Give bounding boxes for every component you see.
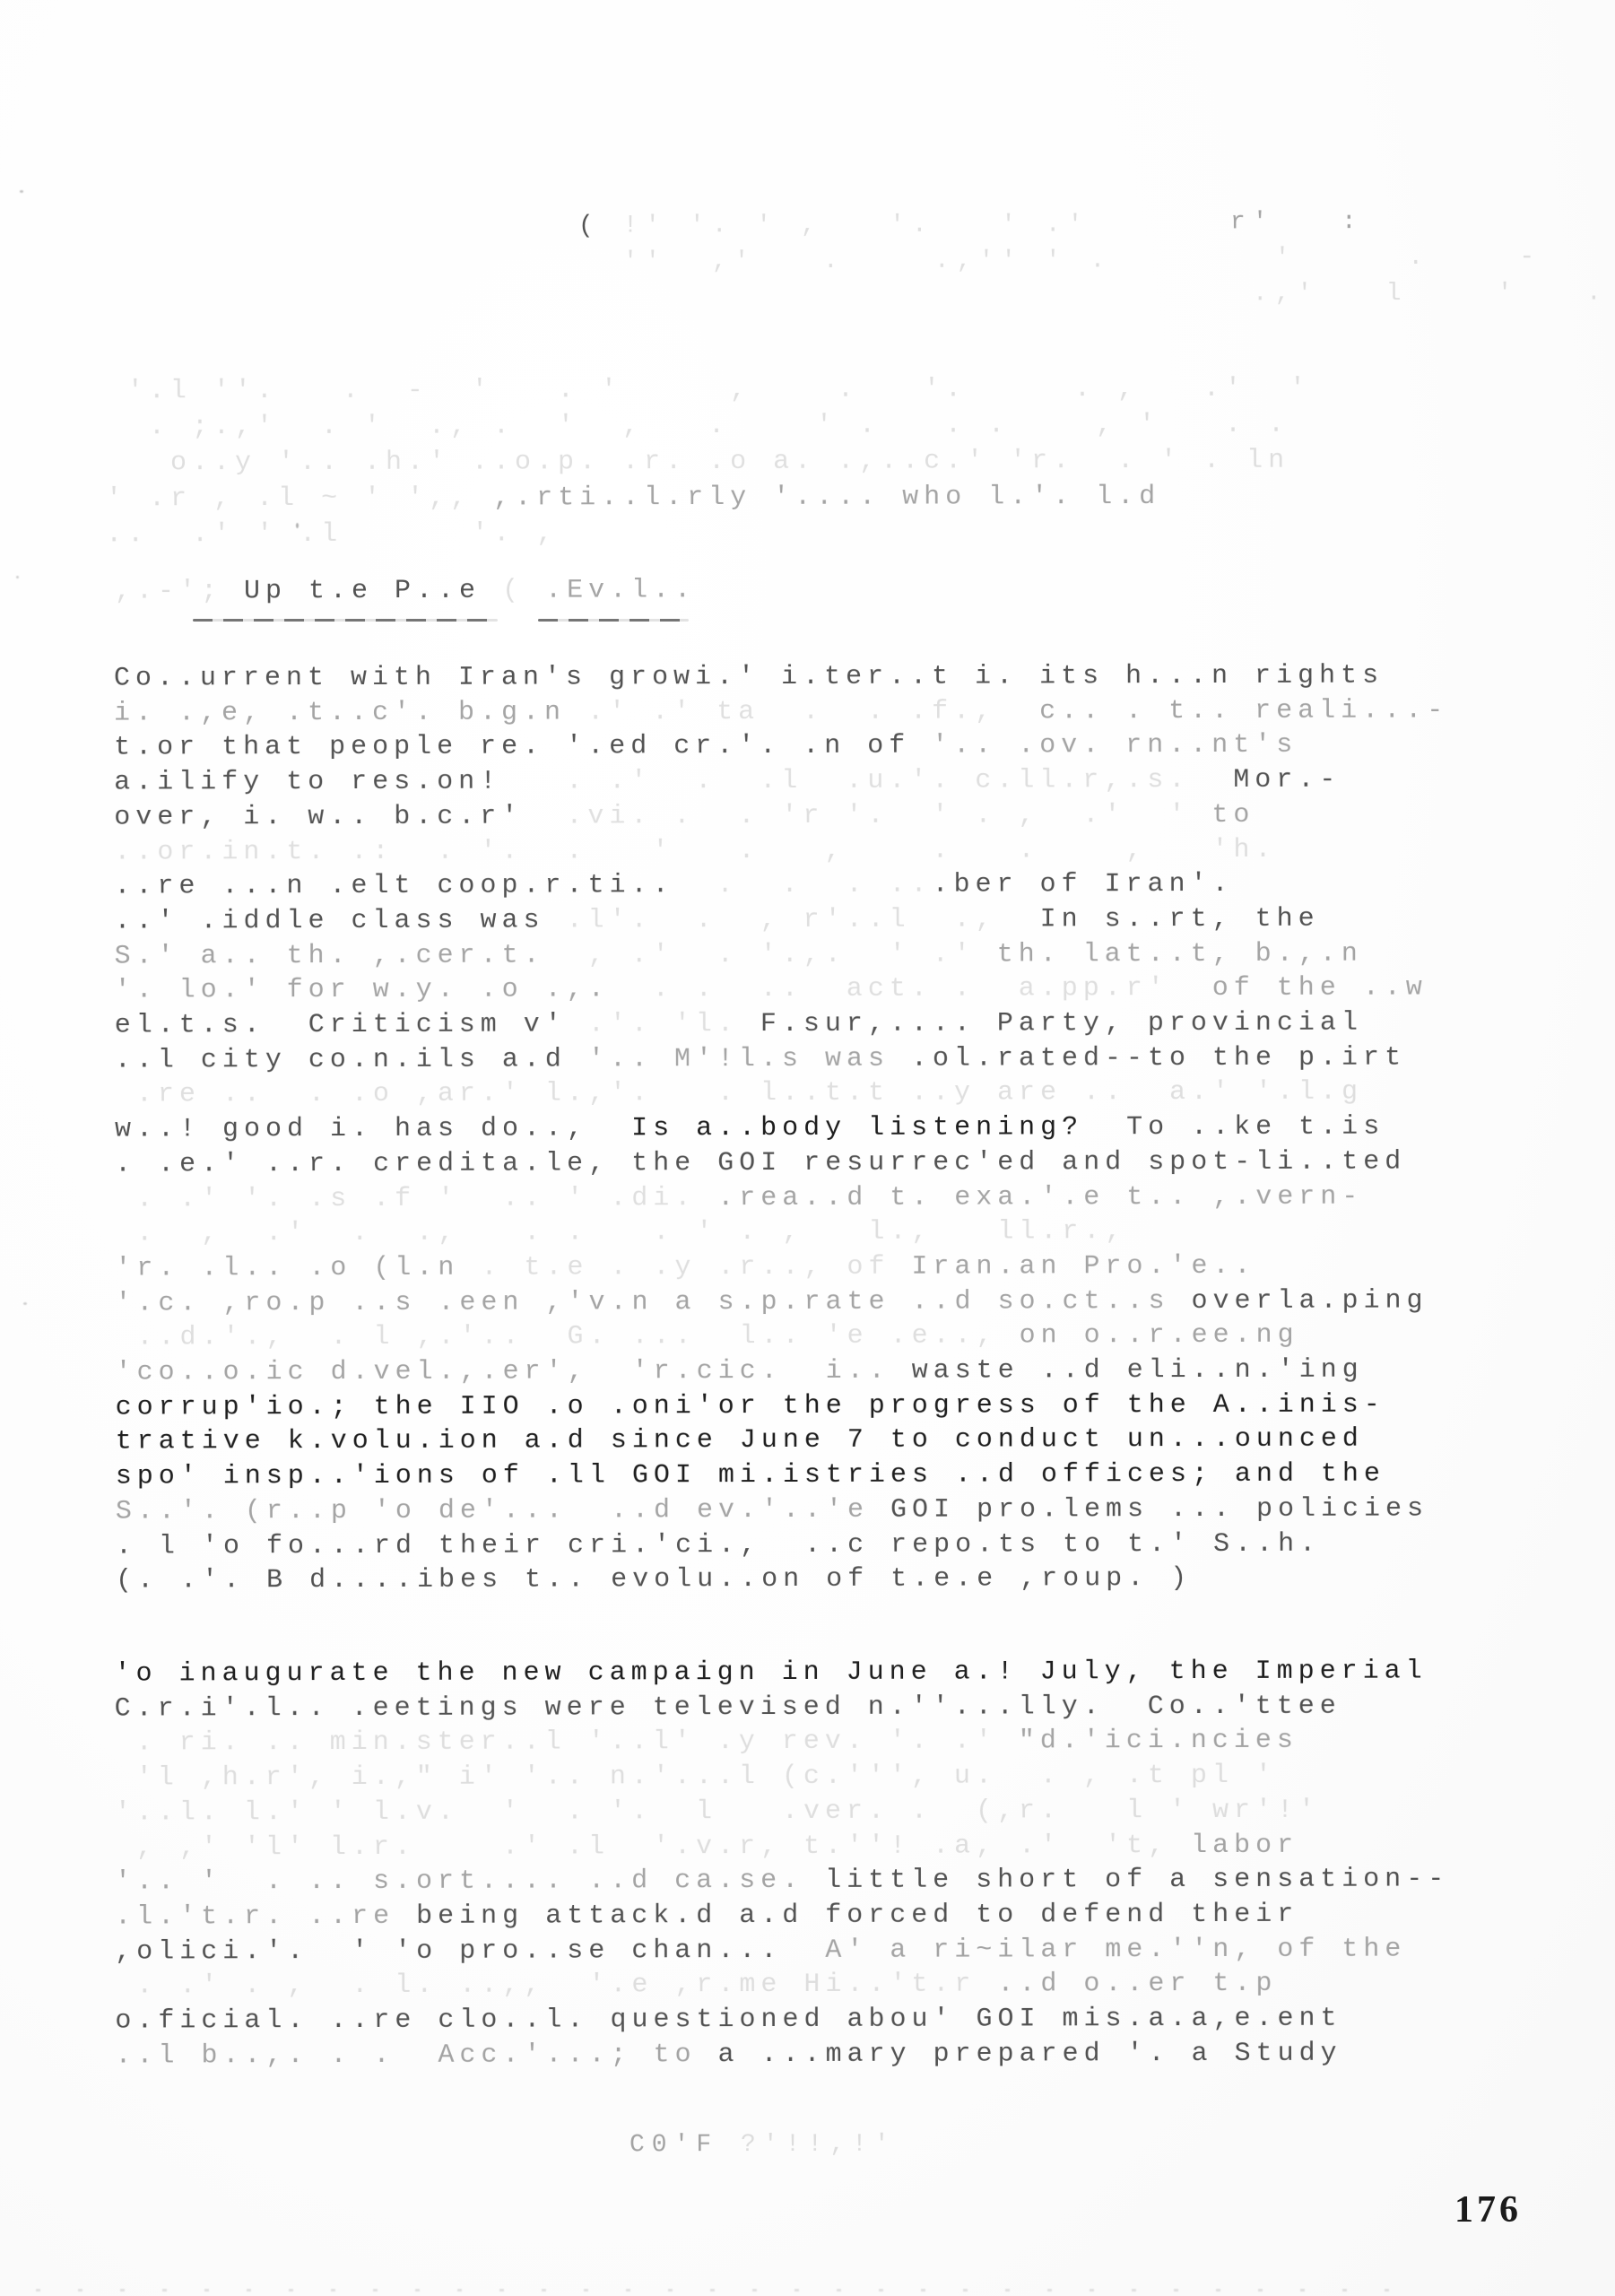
text-segment: . .' . .l .u.'. c.ll.r,.s. xyxy=(544,765,1233,797)
text-segment: . ;.,' . ' ., . ' , . ' . . . , ' . . xyxy=(106,410,1289,443)
text-segment: being attack.d a.d forced to defend thei… xyxy=(416,1900,1298,1932)
text-line: over, i. w.. b.c.r' .vi. . . 'r '. ' . ,… xyxy=(114,797,1448,835)
text-line: '..l. l.' ' l.v. ' . '. l .ver. . (,r. l… xyxy=(115,1793,1449,1831)
text-segment: . ri. .. min.ster..l '..l' .y rev. '. .' xyxy=(115,1726,1019,1759)
classification-stamp-bottom: C0'F ?'!!,!' xyxy=(630,2127,897,2164)
text-segment: .ber of Iran'. xyxy=(933,869,1234,900)
text-segment: o..y '.. .h.' ..o.p. .r. .o a. .,..c.' '… xyxy=(106,446,1289,479)
text-segment: 'l ,h.r', i.," i' '.. n.'...l (c.''', u.… xyxy=(115,1761,1277,1794)
text-segment: ' . - xyxy=(1230,244,1541,273)
text-line: '.l ''. . - ' . ' , . '. . , .' ' xyxy=(106,371,1311,410)
text-segment: .Ev.l.. xyxy=(545,575,696,605)
text-line: ' . - xyxy=(1230,240,1609,277)
text-segment: . .' . , . l. ..,, '.e ,r.me Hi..'t.r xyxy=(115,1970,997,2002)
text-line: trative k.volu.ion a.d since June 7 to c… xyxy=(116,1422,1450,1460)
text-segment: ..or.in.t. .: . '. . ' . , . . , 'h. xyxy=(114,834,1276,867)
text-segment: .'. 'l. xyxy=(588,1009,760,1039)
text-line: corrup'io.; the IIO .o .oni'or the progr… xyxy=(116,1387,1450,1425)
text-segment: .,'' ' . xyxy=(934,247,1112,274)
text-segment: . . .. act. . a.pp.r' xyxy=(653,973,1212,1004)
text-segment: to xyxy=(1190,800,1255,831)
text-segment: little short of a sensation-- xyxy=(825,1865,1449,1896)
text-segment: ..' .iddle class was xyxy=(114,905,566,936)
text-line: . .' . , . l. ..,, '.e ,r.me Hi..'t.r ..… xyxy=(115,1967,1449,2005)
text-segment: '. , xyxy=(472,518,558,549)
text-segment: 'r. .l.. .o (l.n xyxy=(115,1253,481,1284)
text-line: (. .'. B d....ibes t.. evolu..on of t.e.… xyxy=(116,1561,1450,1599)
text-line: ..l b..,. . . Acc.'...; to a ...mary pre… xyxy=(115,2036,1449,2074)
text-segment: '' ,' . xyxy=(578,248,934,276)
text-line: S.' a.. th. ,.cer.t. , .' . '.,. ' .' th… xyxy=(115,936,1449,974)
text-line: . .' '. .s .f ' .. ' .di. .rea..d t. exa… xyxy=(115,1179,1449,1217)
text-segment xyxy=(343,519,472,550)
text-line: t.or that people re. '.ed cr.'. .n of '.… xyxy=(114,728,1448,766)
text-segment: ..l city co.n.ils a.d xyxy=(115,1044,588,1075)
scan-speck xyxy=(23,1302,27,1305)
text-segment: , .' . '.,. ' .' xyxy=(588,939,997,970)
text-line: . , .' . ., . . . ' . , l., ll.r., xyxy=(115,1214,1449,1252)
text-segment: on o..r.ee.ng xyxy=(1020,1320,1299,1352)
text-line: 'co..o.ic d.vel.,.er', 'r.cic. i.. waste… xyxy=(116,1353,1450,1391)
text-line: r' : xyxy=(1230,204,1609,241)
text-segment: "d.'ici.ncies xyxy=(1019,1726,1298,1757)
text-segment: ?'!!,!' xyxy=(741,2131,897,2159)
text-segment: over, i. w.. b.c.r' xyxy=(114,801,544,832)
text-segment: . l 'o fo...rd their cri.'ci., ..c repo.… xyxy=(116,1528,1321,1561)
text-segment: '. ' .' xyxy=(890,211,1090,239)
text-line: spo' insp..'ions of .ll GOI mi.istries .… xyxy=(116,1457,1450,1495)
text-segment: . t.e . .y .r.., of xyxy=(481,1252,911,1283)
text-line: ' .r , .l ~ ' ',, ,.rti..l.rly '.... who… xyxy=(106,479,1311,517)
text-segment: th. lat..t, b.,.n xyxy=(997,938,1363,970)
text-line: . ri. .. min.ster..l '..l' .y rev. '. .'… xyxy=(115,1724,1449,1761)
text-segment: . , .' . ., . . . ' . , l., ll.r., xyxy=(115,1216,1126,1248)
text-line: 'r. .l.. .o (l.n . t.e . .y .r.., of Ira… xyxy=(115,1248,1449,1286)
text-segment: . .' '. .s .f ' .. ' .di. xyxy=(115,1183,717,1214)
text-line: 'l ,h.r', i.," i' '.. n.'...l (c.''', u.… xyxy=(115,1759,1449,1796)
text-segment: .vi. . . 'r '. ' . , .' ' xyxy=(544,800,1190,832)
scanned-document-page: ( !' '. ' , '. ' .' '' ,' . .,'' ' . r' … xyxy=(0,0,1615,2296)
text-segment: .. .' ' .l xyxy=(106,519,343,551)
faded-intro-paragraph: '.l ''. . - ' . ' , . '. . , .' ' . ;.,'… xyxy=(106,371,1312,553)
text-segment: ..d.'., . l ,.'.. G. ... l.. 'e .e.., xyxy=(115,1321,1019,1353)
text-segment: '.. ' . .. s.ort.... ..d ca.se. xyxy=(115,1865,825,1898)
text-segment: t.or that people re. '.ed cr.'. .n of xyxy=(114,731,932,763)
text-segment: A' a ri~ilar me.''n, of the xyxy=(825,1934,1406,1965)
text-line: S..'. (r..p 'o de'... ..d ev.'..'e GOI p… xyxy=(116,1492,1450,1529)
text-segment: .l'. . , r'..l ., xyxy=(567,904,1040,935)
text-line: . .e.' ..r. credita.le, the GOI resurrec… xyxy=(115,1144,1449,1182)
text-segment: i. .,e, .t..c'. b.g.n xyxy=(114,697,587,728)
text-segment: . .e.' ..r. credita.le, the GOI resurrec… xyxy=(115,1146,1406,1179)
text-line: . l 'o fo...rd their cri.'ci., ..c repo.… xyxy=(116,1526,1450,1564)
text-segment: corrup'io.; the IIO .o .oni'or the progr… xyxy=(116,1389,1385,1422)
text-line: '' ,' . .,'' ' . xyxy=(578,243,1112,280)
text-segment: ..re ...n .elt coop.r.ti.. xyxy=(114,870,695,901)
text-segment: overla.ping xyxy=(1192,1285,1428,1317)
text-segment: '.. M'!l.s was xyxy=(588,1043,911,1074)
text-line: '. lo.' for w.y. .o .,. . . .. act. . a.… xyxy=(115,971,1449,1009)
text-segment: .ol.rated--to the p.irt xyxy=(911,1042,1406,1074)
text-segment: ..l b..,. . . Acc.'...; to xyxy=(115,2039,717,2071)
text-segment: '.l ''. . - ' . ' , . '. . , .' ' xyxy=(106,374,1311,407)
text-line: , ,' 'l' l.r. .' .l '.v.r, t.''! .a, .' … xyxy=(115,1828,1449,1865)
text-segment: o.ficial. ..re clo..l. questioned abou' … xyxy=(115,2004,1341,2037)
text-segment: a.ilify to res.on! xyxy=(114,767,544,798)
heading-underline-right xyxy=(538,619,689,622)
text-segment: 'o inaugurate the new campaign in June a… xyxy=(115,1656,1428,1689)
text-line: . ;.,' . ' ., . ' , . ' . . . , ' . . xyxy=(106,407,1311,446)
text-segment: '.. .ov. rn..nt's xyxy=(932,730,1298,761)
text-line: ..re ...n .elt coop.r.ti.. . . . ...ber … xyxy=(114,867,1448,905)
text-line: .,' l ' . xyxy=(1230,276,1609,313)
text-line: .. .' ' .l '. , xyxy=(106,515,1311,553)
heading-underline-left xyxy=(193,619,498,622)
text-line: ..d.'., . l ,.'.. G. ... l.. 'e .e.., on… xyxy=(115,1318,1449,1356)
text-segment: w..! good i. has do.., xyxy=(115,1113,631,1144)
text-line: ,.-'; Up t.e P..e ( .Ev.l.. xyxy=(115,573,696,609)
text-segment: of the ..w xyxy=(1212,973,1428,1004)
text-line: ( !' '. ' , '. ' .' xyxy=(578,207,1112,244)
text-line: .l.'t.r. ..re being attack.d a.d forced … xyxy=(115,1897,1449,1935)
text-segment: Iran.an Pro.'e.. xyxy=(911,1251,1255,1283)
text-segment: .rea..d t. exa.'.e t.. ,.vern- xyxy=(717,1181,1363,1213)
text-segment: ,olici.'. ' 'o pro..se chan... xyxy=(115,1935,825,1968)
text-segment: a ...mary prepared '. a Study xyxy=(718,2038,1342,2069)
text-segment: To ..ke t.is xyxy=(1126,1112,1385,1144)
text-segment: .re .. . .o ,ar.' l.,'. . l..t.t ..y are… xyxy=(115,1077,1363,1110)
text-line: o..y '.. .h.' ..o.p. .r. .o a. .,..c.' '… xyxy=(106,443,1311,482)
text-line: i. .,e, .t..c'. b.g.n .' .' ta . . .f., … xyxy=(114,693,1448,731)
text-segment: S..'. (r..p 'o de'... ..d ev.'..'e xyxy=(116,1495,890,1527)
text-segment: C.r.i'.l.. .eetings were televised n.''.… xyxy=(115,1691,1341,1724)
text-segment: .l.'t.r. ..re xyxy=(115,1901,416,1933)
text-segment: labor xyxy=(1191,1830,1298,1860)
text-line: Co..urrent with Iran's growi.' i.ter..t … xyxy=(114,658,1448,696)
text-line: .re .. . .o ,ar.' l.,'. . l..t.t ..y are… xyxy=(115,1075,1449,1113)
scan-speck xyxy=(16,576,19,578)
text-segment: In s..rt, the xyxy=(1040,904,1320,935)
text-segment: . . . .. xyxy=(695,870,932,901)
text-segment: Up t.e P..e xyxy=(244,576,502,607)
classification-stamp-top: ( !' '. ' , '. ' .' '' ,' . .,'' ' . xyxy=(578,207,1112,280)
text-segment: trative k.volu.ion a.d since June 7 to c… xyxy=(116,1424,1364,1457)
text-segment: c.. . t.. reali...- xyxy=(1039,695,1448,726)
text-segment: ,.-'; xyxy=(115,576,244,606)
text-segment: '..l. l.' ' l.v. ' . '. l .ver. . (,r. l… xyxy=(115,1796,1320,1829)
text-line: 'o inaugurate the new campaign in June a… xyxy=(115,1654,1449,1692)
text-segment: S.' a.. th. ,.cer.t. xyxy=(115,940,588,971)
text-line: '.. ' . .. s.ort.... ..d ca.se. little s… xyxy=(115,1863,1449,1900)
text-segment: C0'F xyxy=(630,2131,741,2159)
text-segment: Is a..body listening? xyxy=(631,1112,1126,1144)
text-segment: ' .r , .l ~ ' ',, xyxy=(106,483,493,515)
text-segment: .,' l ' . xyxy=(1230,280,1609,309)
text-line: C0'F ?'!!,!' xyxy=(630,2127,897,2164)
text-line: ..or.in.t. .: . '. . ' . , . . , 'h. xyxy=(114,832,1448,870)
text-segment: waste ..d eli..n.'ing xyxy=(912,1355,1364,1387)
text-line: w..! good i. has do.., Is a..body listen… xyxy=(115,1110,1449,1148)
body-paragraph-1: Co..urrent with Iran's growi.' i.ter..t … xyxy=(114,658,1450,1598)
text-segment: F.sur,.... Party, provincial xyxy=(760,1008,1363,1039)
text-segment: (. .'. B d....ibes t.. evolu..on of t.e.… xyxy=(116,1563,1192,1596)
text-line: o.ficial. ..re clo..l. questioned abou' … xyxy=(115,2001,1449,2039)
text-segment: spo' insp..'ions of .ll GOI mi.istries .… xyxy=(116,1459,1385,1492)
scan-edge-artifact xyxy=(36,2289,1400,2292)
text-segment: ( xyxy=(502,576,545,606)
text-line: ..l city co.n.ils a.d '.. M'!l.s was .ol… xyxy=(115,1040,1449,1078)
text-line: C.r.i'.l.. .eetings were televised n.''.… xyxy=(115,1689,1449,1726)
text-segment: GOI pro.lems ... policies xyxy=(890,1493,1428,1525)
scan-speck xyxy=(296,523,299,528)
text-line: ..' .iddle class was .l'. . , r'..l ., I… xyxy=(114,901,1448,939)
corner-marks: r' : ' . - .,' l ' . xyxy=(1230,204,1609,313)
body-paragraph-2: 'o inaugurate the new campaign in June a… xyxy=(115,1654,1450,2074)
text-segment: ,.rti..l.rly '.... who l.'. l.d xyxy=(493,482,1160,514)
text-line: '.c. ,ro.p ..s .een ,'v.n a s.p.rate ..d… xyxy=(115,1283,1449,1321)
text-segment: r' : xyxy=(1230,208,1364,236)
section-heading: ,.-'; Up t.e P..e ( .Ev.l.. xyxy=(115,573,696,609)
text-segment: .' .' ta . . .f., xyxy=(587,696,1039,727)
text-segment: , ,' 'l' l.r. .' .l '.v.r, t.''! .a, .' … xyxy=(115,1831,1191,1864)
text-line: a.ilify to res.on! . .' . .l .u.'. c.ll.… xyxy=(114,763,1448,801)
text-segment: ..d o..er t.p xyxy=(997,1969,1277,2000)
text-segment: '. lo.' for w.y. .o .,. xyxy=(115,975,653,1006)
text-segment: Mor.- xyxy=(1233,765,1341,796)
page-number: 176 xyxy=(1454,2188,1522,2231)
text-segment: !' '. ' , xyxy=(601,212,890,240)
text-line: el.t.s. Criticism v' .'. 'l. F.sur,.... … xyxy=(115,1005,1449,1043)
scan-speck xyxy=(20,190,23,193)
text-segment: el.t.s. Criticism v' xyxy=(115,1009,588,1040)
text-segment: ( xyxy=(578,213,601,240)
text-line: ,olici.'. ' 'o pro..se chan... A' a ri~i… xyxy=(115,1932,1449,1970)
text-segment: Co..urrent with Iran's growi.' i.ter..t … xyxy=(114,661,1384,694)
text-segment: '.c. ,ro.p ..s .een ,'v.n a s.p.rate ..d… xyxy=(115,1286,1191,1319)
text-segment: 'co..o.ic d.vel.,.er', 'r.cic. i.. xyxy=(116,1356,912,1388)
